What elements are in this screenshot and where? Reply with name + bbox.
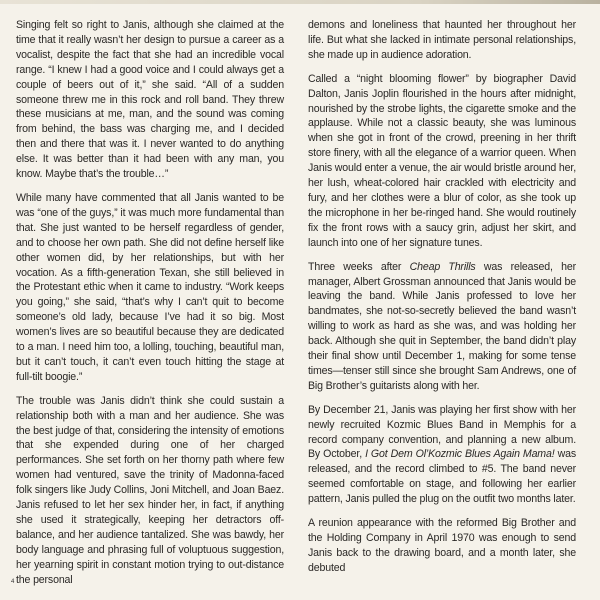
paragraph: While many have commented that all Janis… [16, 191, 284, 385]
paragraph: demons and loneliness that haunted her t… [308, 18, 576, 63]
paragraph: Three weeks after Cheap Thrills was rele… [308, 260, 576, 394]
paragraph: By December 21, Janis was playing her fi… [308, 403, 576, 507]
paragraph: The trouble was Janis didn’t think she c… [16, 394, 284, 588]
album-title: I Got Dem Ol’Kozmic Blues Again Mama! [365, 448, 554, 460]
album-title: Cheap Thrills [410, 261, 476, 273]
page-number: 4 [11, 579, 14, 585]
text-run: Three weeks after [308, 261, 410, 273]
text-run: was released, her manager, Albert Grossm… [308, 261, 576, 392]
paragraph: Singing felt so right to Janis, although… [16, 18, 284, 182]
paragraph: A reunion appearance with the reformed B… [308, 516, 576, 576]
left-column: Singing felt so right to Janis, although… [16, 18, 284, 597]
right-column: demons and loneliness that haunted her t… [308, 18, 576, 585]
paragraph: Called a “night blooming flower” by biog… [308, 72, 576, 251]
page-top-edge [0, 0, 600, 4]
